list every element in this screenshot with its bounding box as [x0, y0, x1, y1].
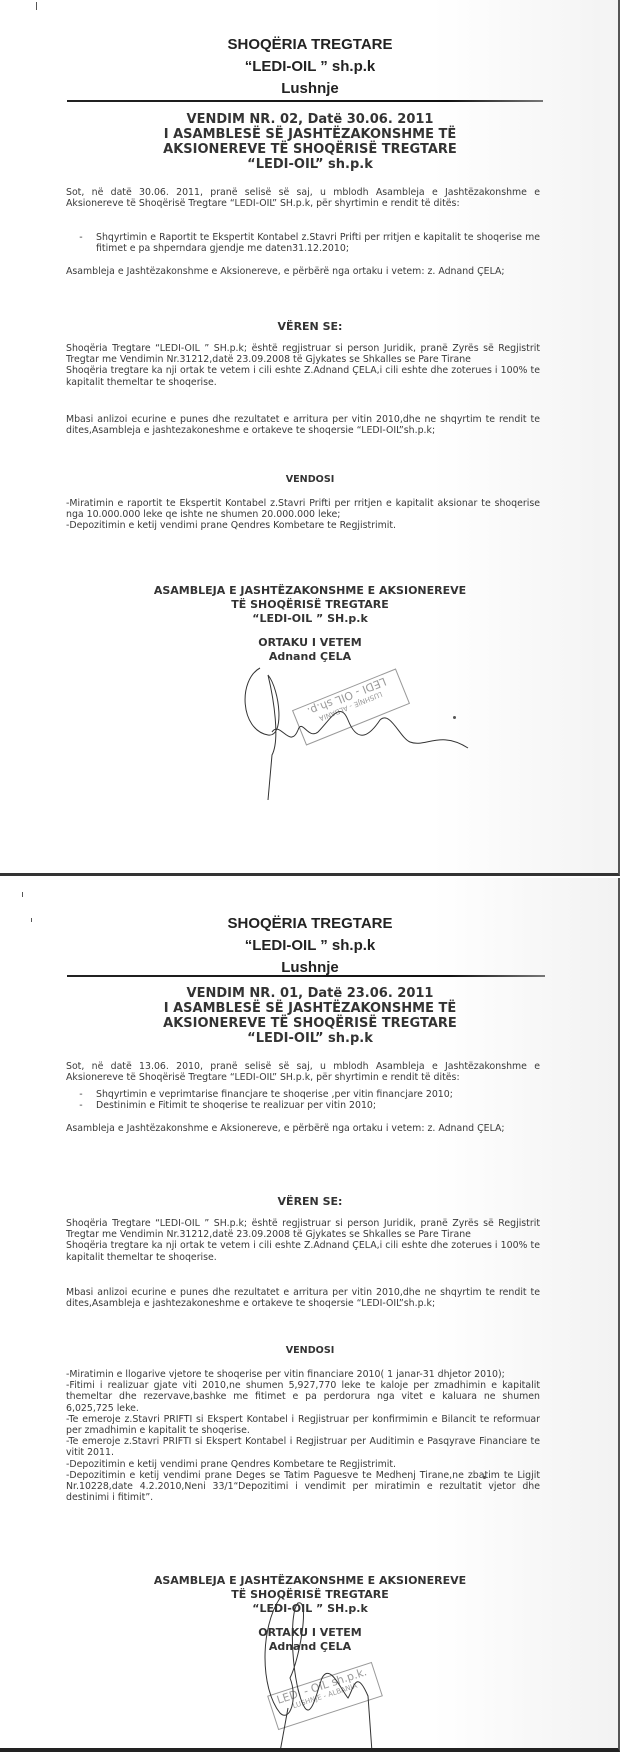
decision-title-line: “LEDI-OIL” sh.p.k: [0, 1031, 620, 1046]
decision-item: -Depozitimin e ketij vendimi prane Qendr…: [66, 1459, 540, 1470]
company-city: Lushnje: [0, 80, 620, 97]
decides-list: -Miratimin e raportit te Ekspertit Konta…: [66, 498, 540, 532]
decision-item: -Depozitimin e ketij vendimi prane Deges…: [66, 1470, 540, 1504]
agenda-list: - Shqyrtimin e Raportit te Ekspertit Kon…: [66, 232, 540, 254]
decision-item: -Depozitimin e ketij vendimi prane Qendr…: [66, 520, 540, 531]
agenda-item: - Shqyrtimin e Raportit te Ekspertit Kon…: [66, 232, 540, 254]
noting-paragraph: Shoqëria Tregtare “LEDI-OIL ” SH.p.k; ës…: [66, 343, 540, 388]
decision-title-line: I ASAMBLESË SË JASHTËZAKONSHME TË: [0, 1001, 620, 1016]
decision-number-date: VENDIM NR. 02, Datë 30.06. 2011: [0, 112, 620, 127]
decision-item: -Miratimin e llogarive vjetore te shoqer…: [66, 1369, 540, 1380]
document-page-1: SHOQËRIA TREGTARE “LEDI-OIL ” sh.p.k Lus…: [0, 0, 620, 876]
noting-heading: VËREN SE:: [0, 320, 620, 333]
scan-mark: [22, 892, 23, 897]
signatory-role: ORTAKU I VETEM: [0, 636, 620, 650]
decides-heading: VENDOSI: [0, 1345, 620, 1356]
decision-item: -Miratimin e raportit te Ekspertit Konta…: [66, 498, 540, 520]
decision-item: -Te emeroje z.Stavri PRIFTI si Ekspert K…: [66, 1436, 540, 1458]
agenda-item: - Destinimin e Fitimit te shoqerise te r…: [66, 1100, 540, 1111]
decides-list: -Miratimin e llogarive vjetore te shoqer…: [66, 1369, 540, 1503]
scan-mark: [36, 2, 37, 10]
header-rule: [67, 100, 543, 102]
noting-paragraph: Shoqëria Tregtare “LEDI-OIL ” SH.p.k; ës…: [66, 1218, 540, 1263]
company-city: Lushnje: [0, 959, 620, 976]
agenda-list: - Shqyrtimin e veprimtarise financjare t…: [66, 1089, 540, 1111]
company-name: SHOQËRIA TREGTARE: [0, 36, 620, 53]
decision-item: -Fitimi i realizuar gjate viti 2010,ne s…: [66, 1380, 540, 1414]
agenda-item: - Shqyrtimin e veprimtarise financjare t…: [66, 1089, 540, 1100]
scan-speck: [453, 716, 456, 719]
intro-paragraph: Sot, në datë 13.06. 2010, pranë selisë s…: [66, 1061, 540, 1083]
company-brand: “LEDI-OIL ” sh.p.k: [0, 58, 620, 75]
decision-title: VENDIM NR. 01, Datë 23.06. 2011 I ASAMBL…: [0, 986, 620, 1046]
header-rule: [67, 975, 545, 977]
decision-title-line: AKSIONEREVE TË SHOQËRISË TREGTARE: [0, 1016, 620, 1031]
decision-title-line: AKSIONEREVE TË SHOQËRISË TREGTARE: [0, 142, 620, 157]
signature-block: ASAMBLEJA E JASHTËZAKONSHME E AKSIONEREV…: [0, 584, 620, 664]
assembly-paragraph: Asambleja e Jashtëzakonshme e Aksionerev…: [66, 266, 540, 277]
company-name: SHOQËRIA TREGTARE: [0, 915, 620, 932]
document-page-2: SHOQËRIA TREGTARE “LEDI-OIL ” sh.p.k Lus…: [0, 878, 620, 1752]
handwritten-signature: [250, 1578, 390, 1752]
decision-item: -Te emeroje z.Stavri PRIFTI si Ekspert K…: [66, 1414, 540, 1436]
decision-title: VENDIM NR. 02, Datë 30.06. 2011 I ASAMBL…: [0, 112, 620, 172]
decision-number-date: VENDIM NR. 01, Datë 23.06. 2011: [0, 986, 620, 1001]
scan-speck: [483, 1476, 486, 1479]
analysis-paragraph: Mbasi anlizoi ecurine e punes dhe rezult…: [66, 1287, 540, 1309]
analysis-paragraph: Mbasi anlizoi ecurine e punes dhe rezult…: [66, 414, 540, 436]
intro-paragraph: Sot, në datë 30.06. 2011, pranë selisë s…: [66, 187, 540, 209]
noting-heading: VËREN SE:: [0, 1195, 620, 1208]
handwritten-signature: [240, 660, 480, 800]
assembly-paragraph: Asambleja e Jashtëzakonshme e Aksionerev…: [66, 1123, 540, 1134]
decision-title-line: “LEDI-OIL” sh.p.k: [0, 157, 620, 172]
decides-heading: VENDOSI: [0, 474, 620, 485]
company-brand: “LEDI-OIL ” sh.p.k: [0, 937, 620, 954]
decision-title-line: I ASAMBLESË SË JASHTËZAKONSHME TË: [0, 127, 620, 142]
